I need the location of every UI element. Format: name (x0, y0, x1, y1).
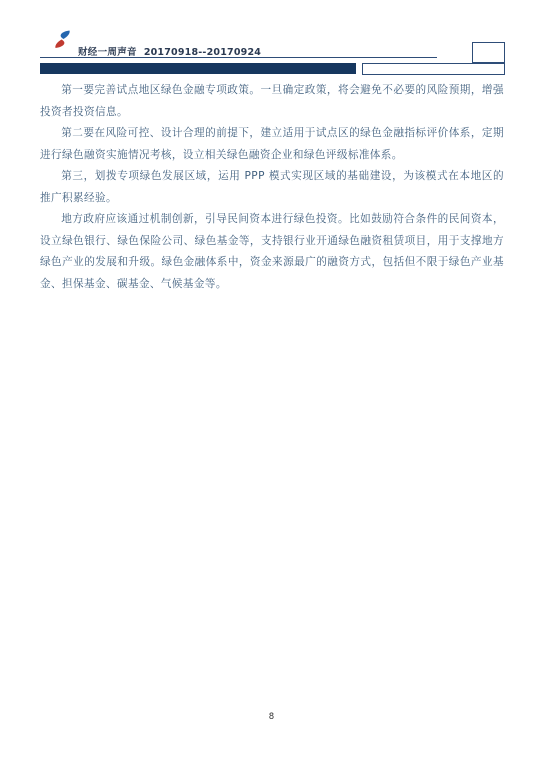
paragraph-4: 地方政府应该通过机制创新，引导民间资本进行绿色投资。比如鼓励符合条件的民间资本，… (40, 209, 504, 295)
paragraph-1: 第一要完善试点地区绿色金融专项政策。一旦确定政策，将会避免不必要的风险预期，增强… (40, 80, 504, 123)
header-rule (40, 57, 437, 58)
decorative-outline-box-lower (362, 63, 505, 75)
page-header: 财经一周声音20170918--20170924 (40, 28, 505, 58)
paragraph-2: 第二要在风险可控、设计合理的前提下，建立适用于试点区的绿色金融指标评价体系，定期… (40, 123, 504, 166)
document-page: 财经一周声音20170918--20170924 第一要完善试点地区绿色金融专项… (0, 0, 543, 768)
paragraph-3: 第三，划拨专项绿色发展区域，运用 PPP 模式实现区域的基础建设，为该模式在本地… (40, 166, 504, 209)
header-title: 财经一周声音20170918--20170924 (78, 44, 261, 58)
page-number: 8 (0, 712, 543, 722)
decorative-filled-bar (40, 63, 356, 74)
decorative-outline-box-upper (472, 42, 505, 63)
s-swoosh-logo-icon (54, 30, 71, 49)
document-body: 第一要完善试点地区绿色金融专项政策。一旦确定政策，将会避免不必要的风险预期，增强… (40, 80, 504, 295)
